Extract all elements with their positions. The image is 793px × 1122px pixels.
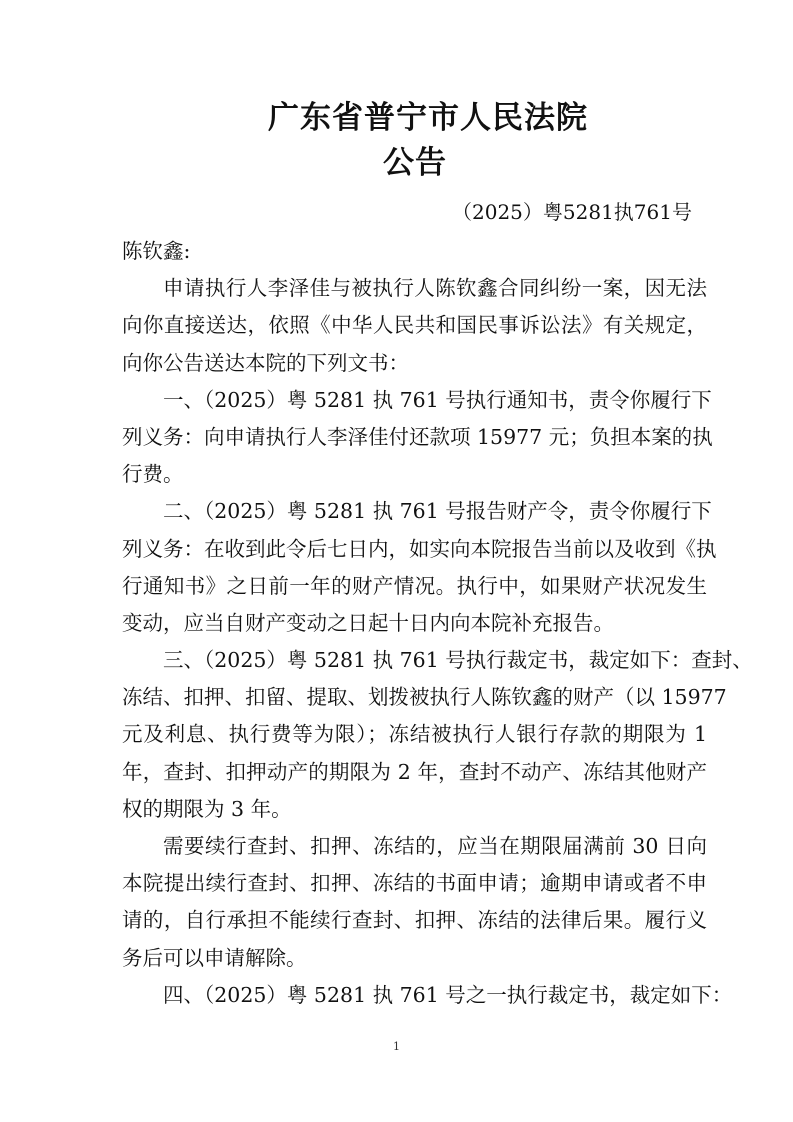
document-type-heading: 公告 <box>383 143 447 183</box>
paragraph-item-4: 四、（2025）粤 5281 执 761 号之一执行裁定书，裁定如下： <box>122 977 707 1014</box>
paragraph-line: 冻结、扣押、扣留、提取、划拨被执行人陈钦鑫的财产（以 15977 <box>122 679 707 716</box>
paragraph-item-1: 一、（2025）粤 5281 执 761 号执行通知书，责令你履行下 列义务：向… <box>122 382 707 494</box>
court-name-heading: 广东省普宁市人民法院 <box>268 98 568 138</box>
document-page: 广东省普宁市人民法院 公告 （2025）粤5281执761号 陈钦鑫: 申请执行… <box>0 0 793 1122</box>
paragraph-line: 二、（2025）粤 5281 执 761 号报告财产令，责令你履行下 <box>122 493 707 530</box>
case-number: （2025）粤5281执761号 <box>452 198 692 226</box>
paragraph-line: 行通知书》之日前一年的财产情况。执行中，如果财产状况发生 <box>122 568 707 605</box>
paragraph-line: 务后可以申请解除。 <box>122 940 707 977</box>
paragraph-line: 本院提出续行查封、扣押、冻结的书面申请；逾期申请或者不申 <box>122 865 707 902</box>
paragraph-renewal-note: 需要续行查封、扣押、冻结的，应当在期限届满前 30 日向 本院提出续行查封、扣押… <box>122 828 707 977</box>
paragraph-line: 向你直接送达，依照《中华人民共和国民事诉讼法》有关规定， <box>122 307 707 344</box>
paragraph-line: 向你公告送达本院的下列文书： <box>122 345 707 382</box>
paragraph-line: 行费。 <box>122 456 707 493</box>
addressee: 陈钦鑫: <box>122 233 707 270</box>
paragraph-line: 变动，应当自财产变动之日起十日内向本院补充报告。 <box>122 605 707 642</box>
paragraph-line: 权的期限为 3 年。 <box>122 791 707 828</box>
paragraph-line: 列义务：在收到此令后七日内，如实向本院报告当前以及收到《执 <box>122 531 707 568</box>
paragraph-line: 元及利息、执行费等为限）；冻结被执行人银行存款的期限为 1 <box>122 716 707 753</box>
paragraph-intro: 申请执行人李泽佳与被执行人陈钦鑫合同纠纷一案，因无法 向你直接送达，依照《中华人… <box>122 270 707 382</box>
paragraph-line: 列义务：向申请执行人李泽佳付还款项 15977 元；负担本案的执 <box>122 419 707 456</box>
paragraph-item-2: 二、（2025）粤 5281 执 761 号报告财产令，责令你履行下 列义务：在… <box>122 493 707 642</box>
page-number: 1 <box>393 1040 400 1054</box>
paragraph-line: 四、（2025）粤 5281 执 761 号之一执行裁定书，裁定如下： <box>122 977 707 1014</box>
document-body: 陈钦鑫: 申请执行人李泽佳与被执行人陈钦鑫合同纠纷一案，因无法 向你直接送达，依… <box>122 233 707 1014</box>
paragraph-item-3: 三、（2025）粤 5281 执 761 号执行裁定书，裁定如下：查封、 冻结、… <box>122 642 707 828</box>
paragraph-line: 请的，自行承担不能续行查封、扣押、冻结的法律后果。履行义 <box>122 902 707 939</box>
paragraph-line: 年，查封、扣押动产的期限为 2 年，查封不动产、冻结其他财产 <box>122 754 707 791</box>
paragraph-line: 申请执行人李泽佳与被执行人陈钦鑫合同纠纷一案，因无法 <box>122 270 707 307</box>
paragraph-line: 需要续行查封、扣押、冻结的，应当在期限届满前 30 日向 <box>122 828 707 865</box>
paragraph-line: 三、（2025）粤 5281 执 761 号执行裁定书，裁定如下：查封、 <box>122 642 707 679</box>
paragraph-line: 一、（2025）粤 5281 执 761 号执行通知书，责令你履行下 <box>122 382 707 419</box>
